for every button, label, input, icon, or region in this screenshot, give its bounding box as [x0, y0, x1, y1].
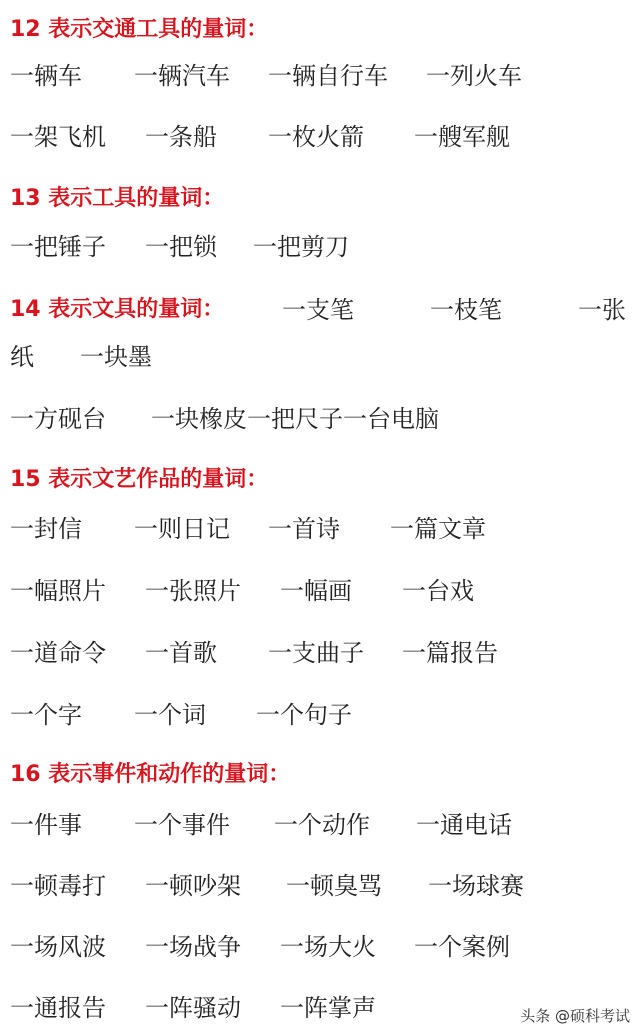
word-item: 一张照片 [145, 575, 241, 607]
word-item: 一幅画 [280, 575, 352, 607]
word-item: 一辆汽车 [134, 60, 230, 92]
word-item: 一篇文章 [390, 513, 486, 545]
word-item: 一则日记 [134, 513, 230, 545]
word-item: 一顿毒打 [10, 870, 106, 902]
word-item: 一场球赛 [428, 870, 524, 902]
word-item: 一支笔 [282, 294, 354, 326]
word-item: 一台戏 [402, 575, 474, 607]
word-item: 一通电话 [416, 809, 512, 841]
section-heading-13: 13 表示工具的量词： [10, 183, 224, 215]
word-item: 一顿臭骂 [286, 870, 382, 902]
word-item: 一个词 [134, 699, 206, 731]
word-item: 一通报告 [10, 992, 106, 1024]
word-item: 一件事 [10, 809, 82, 841]
word-item: 一列火车 [426, 60, 522, 92]
word-item: 一场战争 [145, 931, 241, 963]
word-item: 一顿吵架 [145, 870, 241, 902]
word-item: 一方砚台 [10, 403, 106, 435]
word-item: 一个字 [10, 699, 82, 731]
word-item: 一把锤子 [10, 231, 106, 263]
section-heading-16: 16 表示事件和动作的量词： [10, 759, 290, 791]
word-item: 一封信 [10, 513, 82, 545]
word-item: 一枝笔 [430, 294, 502, 326]
word-item: 一枚火箭 [268, 121, 364, 153]
word-item: 一艘军舰 [414, 121, 510, 153]
word-item: 一把锁 [145, 231, 217, 263]
word-item: 一把剪刀 [253, 231, 349, 263]
word-item: 一个动作 [274, 809, 370, 841]
word-item: 一支曲子 [268, 637, 364, 669]
word-item: 一道命令 [10, 637, 106, 669]
word-item: 一阵骚动 [145, 992, 241, 1024]
word-item: 一首歌 [145, 637, 217, 669]
section-heading-15: 15 表示文艺作品的量词： [10, 464, 268, 496]
word-item: 一架飞机 [10, 121, 106, 153]
section-heading-14: 14 表示文具的量词： [10, 294, 224, 326]
word-item: 一场大火 [280, 931, 376, 963]
word-item: 一场风波 [10, 931, 106, 963]
word-item: 一个事件 [134, 809, 230, 841]
word-item: 一张 [578, 294, 626, 326]
word-item: 一块橡皮一把尺子一台电脑 [151, 403, 439, 435]
word-item: 一辆车 [10, 60, 82, 92]
word-item: 一块墨 [80, 341, 152, 373]
word-item: 一首诗 [268, 513, 340, 545]
word-item: 一条船 [145, 121, 217, 153]
word-item: 一阵掌声 [280, 992, 376, 1024]
watermark: 头条 @硕科考试 [520, 1005, 630, 1026]
word-item: 一幅照片 [10, 575, 106, 607]
word-item: 一个句子 [256, 699, 352, 731]
section-heading-12: 12 表示交通工具的量词： [10, 14, 268, 46]
word-item: 纸 [10, 341, 34, 373]
word-item: 一个案例 [414, 931, 510, 963]
word-item: 一篇报告 [402, 637, 498, 669]
word-item: 一辆自行车 [268, 60, 388, 92]
